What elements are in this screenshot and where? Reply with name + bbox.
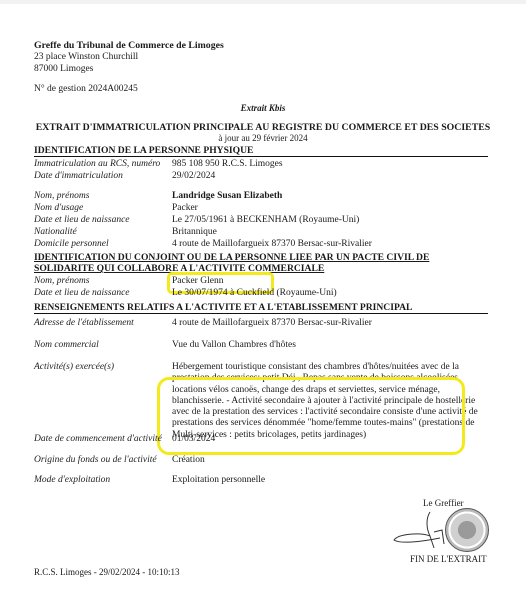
field-value: Le 30/07/1974 à Cuckfield (Royaume-Uni) [172,288,337,298]
greffe-address-line1: 23 place Winston Churchill [34,52,138,62]
greffe-address-line2: 87000 Limoges [34,64,93,74]
field-value: 4 route de Maillofargueix 87370 Bersac-s… [172,239,372,249]
field-label: Nom d'usage [34,203,83,213]
greffe-name: Greffe du Tribunal de Commerce de Limoge… [34,40,224,51]
seal-icon [445,508,489,552]
footer-reference: R.C.S. Limoges - 29/02/2024 - 10:10:13 [34,567,180,577]
field-value: Landridge Susan Elizabeth [172,191,282,201]
section-heading-activite: RENSEIGNEMENTS RELATIFS A L'ACTIVITE ET … [34,302,488,314]
gestion-number: N° de gestion 2024A00245 [34,84,138,94]
field-label: Immatriculation au RCS, numéro [34,159,160,169]
field-label: Origine du fonds ou de l'activité [34,455,157,465]
field-label: Mode d'exploitation [34,475,110,485]
field-value: Création [172,455,205,465]
field-value: 985 108 950 R.C.S. Limoges [172,159,283,169]
field-label: Nom, prénoms [34,191,89,201]
section-heading-conjoint: IDENTIFICATION DU CONJOINT OU DE LA PERS… [34,252,488,274]
field-value: Vue du Vallon Chambres d'hôtes [172,340,296,350]
field-label: Date d'immatriculation [34,171,123,181]
greffier-label: Le Greffier [423,498,464,508]
field-value: 4 route de Maillofargueix 87370 Bersac-s… [172,318,372,328]
top-border [0,0,526,4]
kbis-document: Greffe du Tribunal de Commerce de Limoge… [0,0,526,597]
field-value: Packer Glenn [172,276,223,286]
field-label: Adresse de l'établissement [34,318,134,328]
field-label: Domicile personnel [34,239,109,249]
field-label: Nationalité [34,227,77,237]
field-value: Exploitation personnelle [172,475,265,485]
field-value: 29/02/2024 [172,171,215,181]
field-label: Date et lieu de naissance [34,215,130,225]
signature-icon [390,508,450,550]
document-type: Extrait Kbis [0,103,526,113]
field-value: Le 27/05/1961 à BECKENHAM (Royaume-Uni) [172,215,359,225]
field-label: Date de commencement d'activité [34,434,162,444]
field-label: Date et lieu de naissance [34,288,130,298]
section-heading-personne: IDENTIFICATION DE LA PERSONNE PHYSIQUE [34,145,488,157]
field-label: Nom, prénoms [34,276,89,286]
field-value: Packer [172,203,198,213]
end-of-extract: FIN DE L'EXTRAIT [410,554,487,564]
field-value: 01/03/2024 [172,434,215,444]
document-title: EXTRAIT D'IMMATRICULATION PRINCIPALE AU … [0,122,526,133]
field-label: Activité(s) exercée(s) [34,362,114,372]
field-label: Nom commercial [34,340,99,350]
field-value: Britannique [172,227,217,237]
document-date: à jour au 29 février 2024 [0,133,526,143]
